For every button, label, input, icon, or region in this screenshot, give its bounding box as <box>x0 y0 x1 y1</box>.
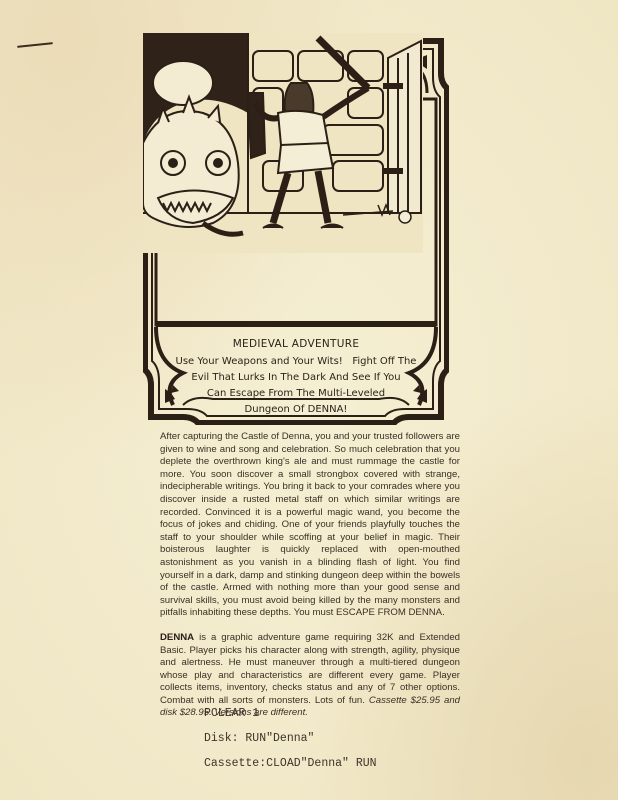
caption-block: MEDIEVAL ADVENTURE Use Your Weapons and … <box>163 338 429 418</box>
instruction-cassette: Cassette:CLOAD"Denna" RUN <box>204 757 377 782</box>
instruction-pclear: PCLEAR 1 <box>204 707 377 732</box>
caption-heading: MEDIEVAL ADVENTURE <box>163 338 429 350</box>
caption-line: Can Escape From The Multi-Leveled <box>163 386 429 402</box>
dungeon-illustration-icon <box>143 33 423 253</box>
caption-line: Dungeon Of DENNA! <box>163 402 429 418</box>
loading-instructions: PCLEAR 1 Disk: RUN"Denna" Cassette:CLOAD… <box>204 707 377 782</box>
instruction-disk: Disk: RUN"Denna" <box>204 732 377 757</box>
caption-line: Use Your Weapons and Your Wits! Fight Of… <box>163 354 429 370</box>
body-copy: After capturing the Castle of Denna, you… <box>160 431 460 720</box>
pencil-mark <box>17 42 53 48</box>
game-name: DENNA <box>160 632 194 643</box>
story-paragraph: After capturing the Castle of Denna, you… <box>160 431 460 620</box>
ornate-frame: Denna <box>143 33 449 425</box>
caption-line: Evil That Lurks In The Dark And See If Y… <box>163 370 429 386</box>
